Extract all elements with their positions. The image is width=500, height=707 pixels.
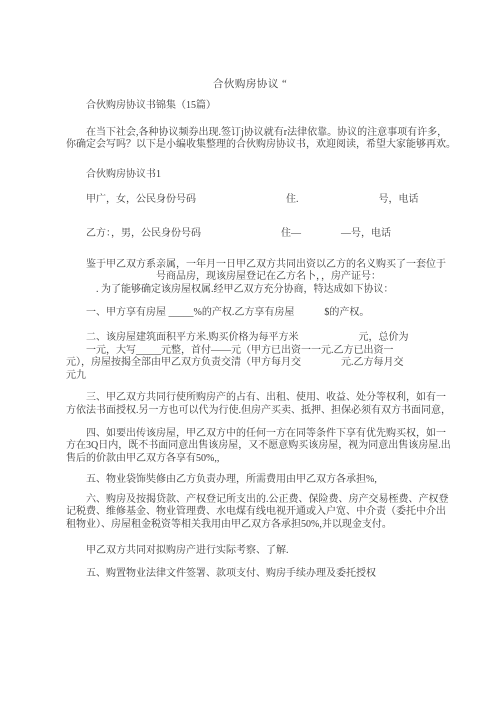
paragraph: 二、该房屋建筑面积平方米.购买价格为每平方米 元，总价为 一元，大写_____元… [66, 332, 474, 382]
document-page: 合伙购房协议 “ 合伙购房协议书锦集（15篇） 在当下社会,各种协议频券出现.签… [0, 0, 500, 707]
paragraph: 六、购房及按揭贷款、产权登记所支出的.公正费、保险费、房产交易桎费、产权登记税费… [66, 494, 474, 532]
text-line: 方依法书面授权.另一方也可以代为行使.但房产买卖、抵押、担保必须有双方书面同意， [66, 405, 474, 418]
paragraph: 一、甲方享有房屋 _____%的产权.乙方享有房屋 $的产权。 [66, 307, 474, 320]
text-line: 五、物业袋饰奘修由乙方负责办理，所需费用由甲乙双方各承担%, [66, 474, 474, 487]
text-line: 乙方：，男，公民身份号码 住— —号，电话 [66, 228, 474, 241]
text-line: 租物业）、房屋租金税资等相关我用由甲乙双方各承担50%,并以现金支付。 [66, 519, 474, 532]
text-line: 方在3Q日内，既不书面同意出售该房屋，又不愿意购买该房屋，视为同意出售该房屋.出 [66, 440, 474, 453]
text-line: . 为了能够确定该房屋权属.经甲乙双方充分协商，特达成如下协议： [66, 284, 474, 297]
paragraph: 四、如要出传该房屋，甲乙双方中的任何一方在同等条件下享有优先购买权，如一方在3Q… [66, 428, 474, 466]
paragraph: 甲乙双方共同对拟购房产进行实际考察、了解. [66, 545, 474, 558]
text-line: 号商品房，现该房屋登记在乙方名卜，，房产证号： [66, 271, 474, 284]
paragraph: 五、购置物业法律文件签署、款项支付、购房手续办理及委托授权 [66, 568, 474, 581]
paragraph: 合伙购房协议书1 [66, 169, 474, 182]
text-line: 四、如要出传该房屋，甲乙双方中的任何一方在同等条件下享有优先购买权，如一 [66, 428, 474, 441]
paragraph: 乙方：，男，公民身份号码 住— —号，电话 [66, 228, 474, 241]
text-line: 甲乙双方共同对拟购房产进行实际考察、了解. [66, 545, 474, 558]
text-line: 售后的价款由甲乙双方各享有50%,, [66, 453, 474, 466]
text-line: 鉴于甲乙双方系亲属，一年月一日甲乙双方共同出资以乙方的名义购买了一套位于 [66, 259, 474, 272]
paragraph: 在当下社会,各种协议频券出现.签订j协议就有r法律依靠。协议的注意事项有许多，你… [66, 127, 474, 152]
text-line: 五、购置物业法律文件签署、款项支付、购房手续办理及委托授权 [66, 568, 474, 581]
text-line: 记税费、维修基金、物业管理费、水电煤有线电视开通或入户宽、中介责（委托中介出 [66, 506, 474, 519]
document-title: 合伙购房协议 “ [0, 0, 500, 91]
text-line: 二、该房屋建筑面积平方米.购买价格为每平方米 元，总价为 [66, 332, 474, 345]
text-line: 元），房屋按揭全部由甲乙双方负责交清（甲方每月交 元.乙方每月交 [66, 357, 474, 370]
text-line: 一元，大写_____元整，首付——元（甲方已出资一一元.乙方已出资一 [66, 345, 474, 358]
paragraph: 五、物业袋饰奘修由乙方负责办理，所需费用由甲乙双方各承担%, [66, 474, 474, 487]
text-line: 在当下社会,各种协议频券出现.签订j协议就有r法律依靠。协议的注意事项有许多， [66, 127, 474, 140]
paragraph: 甲广，女，公民身份号码 住. 号，电话 [66, 194, 474, 207]
text-line: 合伙购房协议书锦集（15篇） [66, 100, 474, 113]
text-line: 你确定会写吗？以下是小编收集整理的合伙购房协议书，欢迎阅读，希望大家能够再欢。 [66, 139, 474, 152]
paragraph: 三、甲乙双方共同行使所购房产的占有、出租、使用、收益、处分等权利，如有一方依法书… [66, 392, 474, 417]
text-line: 六、购房及按揭贷款、产权登记所支出的.公正费、保险费、房产交易桎费、产权登 [66, 494, 474, 507]
text-line: 合伙购房协议书1 [66, 169, 474, 182]
text-line: 元九 [66, 370, 474, 383]
text-line: 甲广，女，公民身份号码 住. 号，电话 [66, 194, 474, 207]
document-body: 合伙购房协议书锦集（15篇） 在当下社会,各种协议频券出现.签订j协议就有r法律… [0, 100, 500, 581]
paragraph: 鉴于甲乙双方系亲属，一年月一日甲乙双方共同出资以乙方的名义购买了一套位于 号商品… [66, 259, 474, 297]
paragraph: 合伙购房协议书锦集（15篇） [66, 100, 474, 113]
text-line: 三、甲乙双方共同行使所购房产的占有、出租、使用、收益、处分等权利，如有一 [66, 392, 474, 405]
text-line: 一、甲方享有房屋 _____%的产权.乙方享有房屋 $的产权。 [66, 307, 474, 320]
